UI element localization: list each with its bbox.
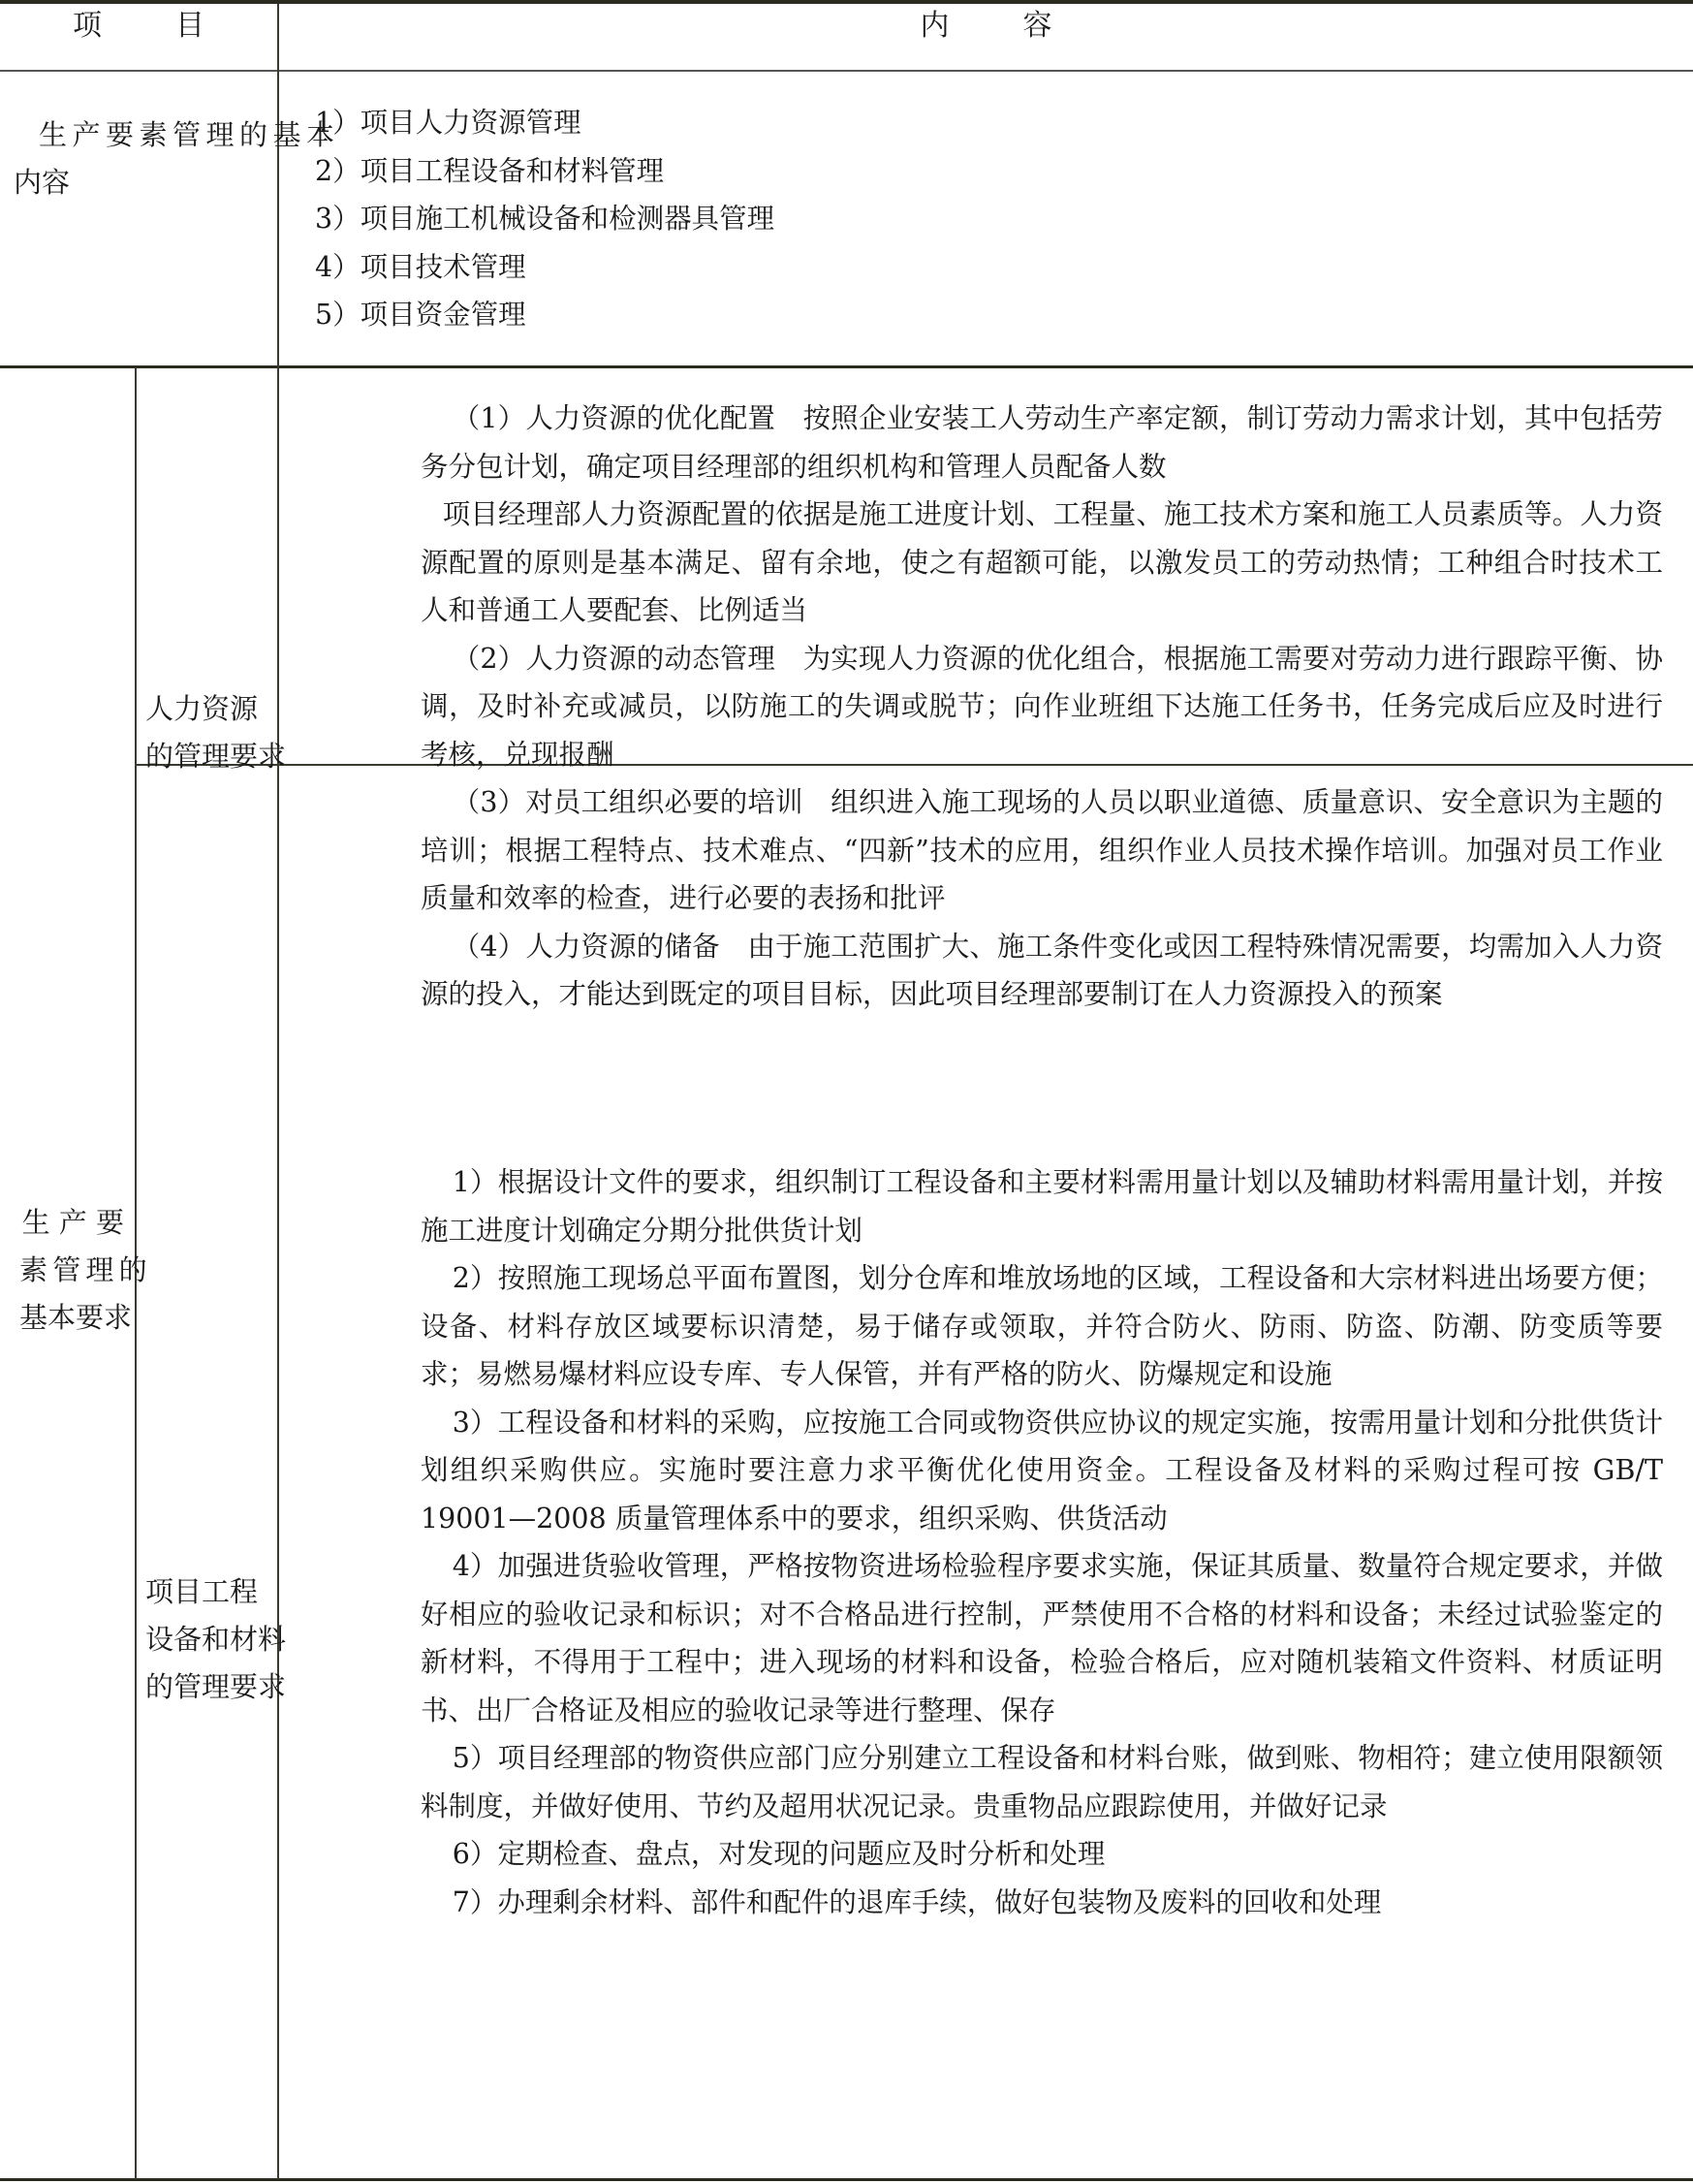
equipment-paragraph-5: 5）项目经理部的物资供应部门应分别建立工程设备和材料台账，做到账、物相符；建立使… xyxy=(421,1734,1663,1830)
basic-content-label-line1: 生产要素管理的基本 xyxy=(14,111,267,159)
requirements-table: 项目 内容 生产要素管理的基本 内容 1）项目人力资源管理 2）项目工程设备和材… xyxy=(0,0,1693,2184)
list-item: 3）项目施工机械设备和检测器具管理 xyxy=(315,195,1672,243)
hr-paragraph-1: （1）人力资源的优化配置 按照企业安装工人劳动生产率定额，制订劳动力需求计划，其… xyxy=(421,395,1663,491)
header-item-char1: 项 xyxy=(73,9,102,43)
list-item: 5）项目资金管理 xyxy=(315,291,1672,339)
hr-paragraph-3: （2）人力资源的动态管理 为实现人力资源的优化组合，根据施工需要对劳动力进行跟踪… xyxy=(421,635,1663,779)
equipment-paragraph-6: 6）定期检查、盘点，对发现的问题应及时分析和处理 xyxy=(421,1830,1663,1879)
equipment-paragraph-1: 1）根据设计文件的要求，组织制订工程设备和主要材料需用量计划以及辅助材料需用量计… xyxy=(421,1158,1663,1254)
table-bottom-border xyxy=(0,2178,1693,2181)
equipment-label-line1: 项目工程 xyxy=(145,1568,271,1616)
basic-content-label: 生产要素管理的基本 内容 xyxy=(14,111,267,206)
hr-paragraph-5: （4）人力资源的储备 由于施工范围扩大、施工条件变化或因工程特殊情况需要，均需加… xyxy=(421,923,1663,1019)
equipment-requirements-text: 1）根据设计文件的要求，组织制订工程设备和主要材料需用量计划以及辅助材料需用量计… xyxy=(421,1158,1663,1926)
equipment-paragraph-7: 7）办理剩余材料、部件和配件的退库手续，做好包装物及废料的回收和处理 xyxy=(421,1879,1663,1927)
header-content-column: 内容 xyxy=(279,4,1693,70)
hr-paragraph-4: （3）对员工组织必要的培训 组织进入施工现场的人员以职业道德、质量意识、安全意识… xyxy=(421,778,1663,923)
hr-label-line1: 人力资源 xyxy=(145,685,271,733)
basic-requirements-label: 生 产 要 素 管 理 的 基本要求 xyxy=(19,1199,134,1342)
basic-requirements-label-line3: 基本要求 xyxy=(19,1294,134,1342)
header-content-char1: 内 xyxy=(921,9,950,43)
equipment-paragraph-2: 2）按照施工现场总平面布置图，划分仓库和堆放场地的区域，工程设备和大宗材料进出场… xyxy=(421,1254,1663,1399)
list-item: 2）项目工程设备和材料管理 xyxy=(315,147,1672,196)
equipment-label-line3: 的管理要求 xyxy=(145,1663,271,1711)
header-item-char2: 目 xyxy=(175,9,204,43)
hr-requirements-text: （1）人力资源的优化配置 按照企业安装工人劳动生产率定额，制订劳动力需求计划，其… xyxy=(421,395,1663,1019)
row-divider xyxy=(0,365,1693,368)
basic-requirements-label-line1: 生 产 要 xyxy=(19,1199,134,1247)
list-item: 4）项目技术管理 xyxy=(315,243,1672,292)
header-bottom-border xyxy=(0,70,1693,72)
hr-label-line2: 的管理要求 xyxy=(76,733,271,780)
column-divider-main xyxy=(277,4,279,2179)
header-content-char2: 容 xyxy=(1023,9,1052,43)
equipment-paragraph-3: 3）工程设备和材料的采购，应按施工合同或物资供应协议的规定实施，按需用量计划和分… xyxy=(421,1399,1663,1543)
header-item-column: 项目 xyxy=(0,4,277,70)
hr-paragraph-2: 项目经理部人力资源配置的依据是施工进度计划、工程量、施工技术方案和施工人员素质等… xyxy=(421,491,1663,635)
basic-content-label-line2: 内容 xyxy=(14,159,267,206)
hr-requirements-label: 人力资源 的管理要求 xyxy=(145,685,271,780)
equipment-label-line2: 设备和材料 xyxy=(145,1616,271,1663)
basic-requirements-label-line2: 素 管 理 的 xyxy=(19,1247,134,1294)
equipment-paragraph-4: 4）加强进货验收管理，严格按物资进场检验程序要求实施，保证其质量、数量符合规定要… xyxy=(421,1542,1663,1734)
basic-content-list: 1）项目人力资源管理 2）项目工程设备和材料管理 3）项目施工机械设备和检测器具… xyxy=(315,99,1672,339)
equipment-requirements-label: 项目工程 设备和材料 的管理要求 xyxy=(145,1568,271,1711)
list-item: 1）项目人力资源管理 xyxy=(315,99,1672,147)
